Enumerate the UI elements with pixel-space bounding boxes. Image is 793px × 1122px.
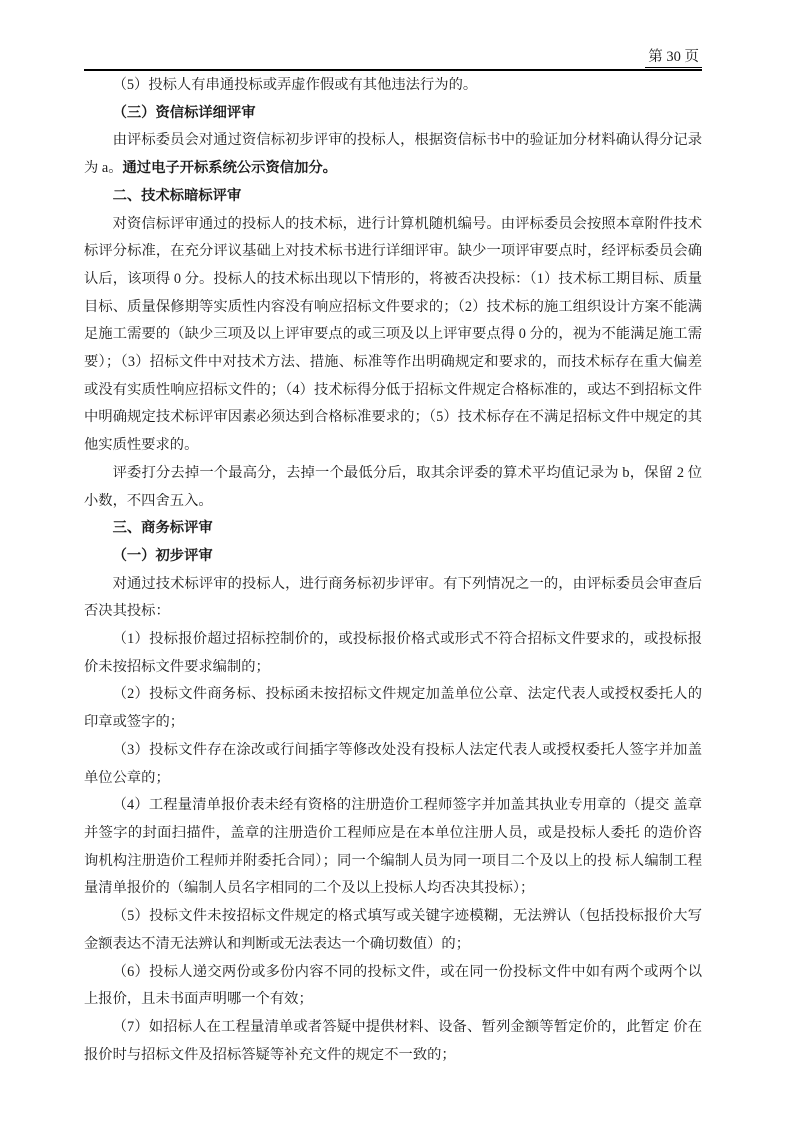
text-run: （7）如招标人在工程量清单或者答疑中提供材料、设备、暂列金额等暂定价的，此暂定 … xyxy=(84,1019,702,1063)
text-run: （3）投标文件存在涂改或行间插字等修改处没有投标人法定代表人或授权委托人签字并加… xyxy=(84,742,702,786)
heading: 二、技术标暗标评审 xyxy=(84,183,702,211)
paragraph: （6）投标人递交两份或多份内容不同的投标文件，或在同一份投标文件中如有两个或两个… xyxy=(84,959,702,1014)
text-run-bold: 通过电子开标系统公示资信加分。 xyxy=(123,160,337,176)
text-run: （4）工程量清单报价表未经有资格的注册造价工程师签字并加盖其执业专用章的（提交 … xyxy=(84,797,702,896)
paragraph: 对资信标评审通过的投标人的技术标，进行计算机随机编号。由评标委员会按照本章附件技… xyxy=(84,211,702,460)
heading: （三）资信标详细评审 xyxy=(84,100,702,128)
heading: 三、商务标评审 xyxy=(84,515,702,543)
paragraph: （2）投标文件商务标、投标函未按招标文件规定加盖单位公章、法定代表人或授权委托人… xyxy=(84,681,702,736)
text-run: （5）投标文件未按招标文件规定的格式填写或关键字迹模糊，无法辨认（包括投标报价大… xyxy=(84,908,702,952)
paragraph: （1）投标报价超过招标控制价的，或投标报价格式或形式不符合招标文件要求的，或投标… xyxy=(84,626,702,681)
text-run-bold: （三）资信标详细评审 xyxy=(113,105,256,121)
text-run: 对资信标评审通过的投标人的技术标，进行计算机随机编号。由评标委员会按照本章附件技… xyxy=(84,216,702,454)
heading: （一）初步评审 xyxy=(84,543,702,571)
text-run: （1）投标报价超过招标控制价的，或投标报价格式或形式不符合招标文件要求的，或投标… xyxy=(84,631,702,675)
paragraph: 评委打分去掉一个最高分，去掉一个最低分后，取其余评委的算术平均值记录为 b，保留… xyxy=(84,460,702,515)
text-run: （6）投标人递交两份或多份内容不同的投标文件，或在同一份投标文件中如有两个或两个… xyxy=(84,964,702,1008)
text-run-bold: 二、技术标暗标评审 xyxy=(113,188,242,204)
paragraph: （3）投标文件存在涂改或行间插字等修改处没有投标人法定代表人或授权委托人签字并加… xyxy=(84,737,702,792)
paragraph: 对通过技术标评审的投标人，进行商务标初步评审。有下列情况之一的，由评标委员会审查… xyxy=(84,571,702,626)
paragraph: （4）工程量清单报价表未经有资格的注册造价工程师签字并加盖其执业专用章的（提交 … xyxy=(84,792,702,903)
paragraph: （5）投标文件未按招标文件规定的格式填写或关键字迹模糊，无法辨认（包括投标报价大… xyxy=(84,903,702,958)
paragraph: （5）投标人有串通投标或弄虚作假或有其他违法行为的。 xyxy=(84,72,702,100)
text-run: （2）投标文件商务标、投标函未按招标文件规定加盖单位公章、法定代表人或授权委托人… xyxy=(84,686,702,730)
document-page: 第 30 页 （5）投标人有串通投标或弄虚作假或有其他违法行为的。（三）资信标详… xyxy=(0,0,793,1122)
text-run: （5）投标人有串通投标或弄虚作假或有其他违法行为的。 xyxy=(113,77,478,93)
paragraph: （7）如招标人在工程量清单或者答疑中提供材料、设备、暂列金额等暂定价的，此暂定 … xyxy=(84,1014,702,1069)
paragraph: 由评标委员会对通过资信标初步评审的投标人，根据资信标书中的验证加分材料确认得分记… xyxy=(84,127,702,182)
text-run-bold: （一）初步评审 xyxy=(113,548,213,564)
page-header: 第 30 页 xyxy=(84,0,702,71)
page-number: 第 30 页 xyxy=(645,49,702,68)
text-run-bold: 三、商务标评审 xyxy=(113,520,213,536)
text-run: 评委打分去掉一个最高分，去掉一个最低分后，取其余评委的算术平均值记录为 b，保留… xyxy=(84,465,702,509)
document-body: （5）投标人有串通投标或弄虚作假或有其他违法行为的。（三）资信标详细评审由评标委… xyxy=(84,72,702,1069)
text-run: 对通过技术标评审的投标人，进行商务标初步评审。有下列情况之一的，由评标委员会审查… xyxy=(84,576,702,620)
